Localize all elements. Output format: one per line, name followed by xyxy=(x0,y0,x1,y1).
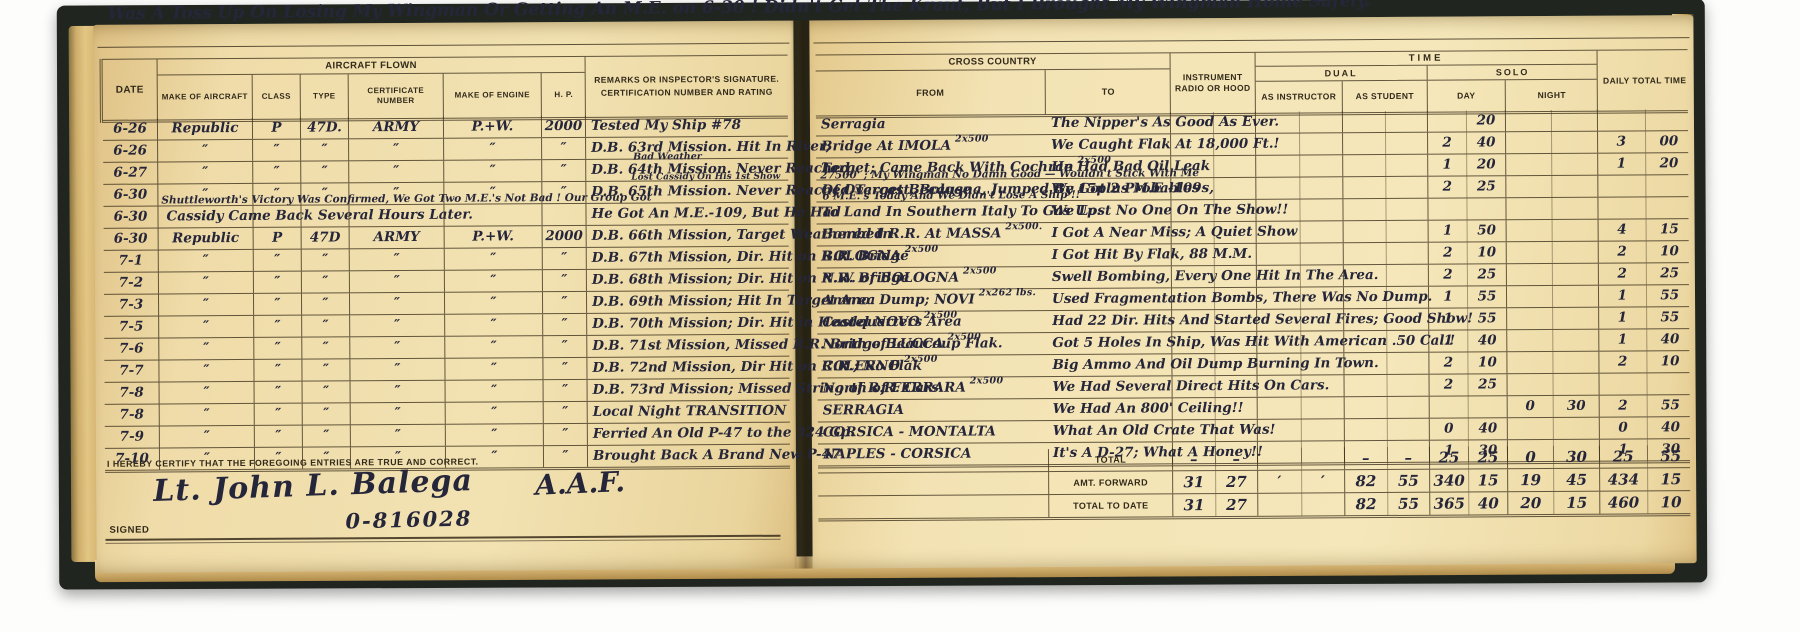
column-header-daily-total: DAILY TOTAL TIME xyxy=(1598,50,1692,111)
cell-instrument: 3127 xyxy=(1173,494,1258,517)
from-text: Serragia xyxy=(821,118,886,132)
from-text: North of FERRARA xyxy=(823,381,966,395)
cell-daily-total: 43415 xyxy=(1600,468,1694,491)
cell-certificate: ″ xyxy=(351,381,446,403)
cell-certificate: ″ xyxy=(350,293,445,315)
cell-as-student xyxy=(1344,221,1429,243)
cell-as-student: –– xyxy=(1345,447,1430,470)
cell-engine: ″ xyxy=(446,380,544,402)
cell-daily-total: 2555 xyxy=(1600,445,1694,468)
cell-type: ″ xyxy=(303,403,351,424)
cell-solo-day: 20 xyxy=(1428,110,1506,131)
cell-solo-night xyxy=(1507,352,1599,374)
column-header-make-of-engine: MAKE OF ENGINE xyxy=(444,73,542,118)
totals-label: AMT. FORWARD xyxy=(1048,471,1173,494)
cell-solo-day: 040 xyxy=(1430,418,1508,439)
remarks-header-line1: REMARKS OR INSPECTOR'S SIGNATURE. xyxy=(594,73,779,87)
cell-solo-day: 210 xyxy=(1429,242,1507,263)
cell-make: ″ xyxy=(159,294,254,316)
cell-as-student xyxy=(1343,111,1428,133)
column-header-certificate-number: CERTIFICATE NUMBER xyxy=(349,74,444,119)
cell-make: ″ xyxy=(159,338,254,360)
cell-date: 6-30 xyxy=(103,184,158,205)
cell-engine: ″ xyxy=(446,402,544,424)
cell-solo-night xyxy=(1506,110,1598,132)
cell-type: 47D xyxy=(302,227,350,248)
cell-from: Bridge At IMOLA2x500 xyxy=(816,135,1046,157)
column-header-as-instructor: AS INSTRUCTOR xyxy=(1256,81,1343,113)
cell-as-instructor xyxy=(1258,397,1345,419)
cell-date: 7-8 xyxy=(105,404,160,425)
totals-label: TOTAL TO DATE xyxy=(1048,494,1173,517)
cell-hp: ″ xyxy=(543,270,587,291)
note-text: We Lost No One On The Show!! xyxy=(1051,203,1288,218)
cell-make: ″ xyxy=(159,250,254,272)
cell-date: 7-6 xyxy=(104,338,159,359)
cell-hp: ″ xyxy=(543,292,587,313)
right-page: CROSS COUNTRY FROM TO INSTRUMENT RADIO O… xyxy=(809,15,1696,568)
cell-daily-total xyxy=(1598,109,1692,131)
cell-engine: P.+W. xyxy=(445,226,543,248)
cell-certificate: ARMY xyxy=(349,117,444,139)
bomb-load-superscript: 2x262 lbs. xyxy=(979,288,1036,298)
cell-engine: P.+W. xyxy=(444,116,542,138)
note-text: Used Fragmentation Bombs, There Was No D… xyxy=(1052,290,1432,306)
cell-to-note: We Had Several Direct Hits On Cars. xyxy=(1048,376,1173,398)
column-header-remarks: REMARKS OR INSPECTOR'S SIGNATURE. CERTIF… xyxy=(586,56,788,117)
column-header-make-of-aircraft: MAKE OF AIRCRAFT xyxy=(158,75,253,120)
cell-solo-day: 2525 xyxy=(1430,446,1508,468)
cell-make: ″ xyxy=(160,382,255,404)
from-text: CORSICA - MONTALTA xyxy=(823,425,996,440)
cell-certificate: ″ xyxy=(350,249,445,271)
cell-date: 7-7 xyxy=(104,360,159,381)
cell-solo-night xyxy=(1506,132,1598,154)
column-header-day: DAY xyxy=(1428,80,1506,111)
cell-daily-total: 210 xyxy=(1599,351,1693,373)
cell-class: ″ xyxy=(255,382,303,403)
note-text: What An Old Crate That Was! xyxy=(1053,423,1276,438)
right-table-rows: Serragia The Nipper's As Good As Ever. 2… xyxy=(816,109,1690,468)
note-text: We Had An 800' Ceiling!! xyxy=(1053,402,1244,417)
cell-daily-total: 46010 xyxy=(1600,491,1694,514)
cell-to-note: We Lost No One On The Show!! xyxy=(1046,200,1171,222)
cell-to-note: I Got A Near Miss; A Quiet Show xyxy=(1047,222,1172,244)
left-page-top-rule xyxy=(97,43,789,48)
cell-solo-night: 030 xyxy=(1508,446,1600,469)
cell-type: ″ xyxy=(302,337,350,358)
column-group-cross-country: CROSS COUNTRY FROM TO xyxy=(816,53,1171,115)
cell-type: ″ xyxy=(302,249,350,270)
cell-daily-total: 155 xyxy=(1599,307,1693,329)
cell-hp: ″ xyxy=(544,380,588,401)
cell-certificate: ″ xyxy=(350,359,445,381)
cell-to-note: Got 5 Holes In Ship, Was Hit With Americ… xyxy=(1047,332,1172,354)
column-header-night: NIGHT xyxy=(1506,80,1598,112)
cell-type: ″ xyxy=(301,161,349,182)
cell-daily-total xyxy=(1600,373,1694,395)
cell-engine: ″ xyxy=(445,336,543,358)
cell-hp: ″ xyxy=(542,160,586,181)
bomb-load-superscript: 2x500 xyxy=(904,354,938,364)
cell-as-student xyxy=(1343,177,1428,199)
cell-as-student xyxy=(1344,243,1429,265)
cell-to-note: Big Ammo And Oil Dump Burning In Town. xyxy=(1047,354,1172,376)
cell-hp: ″ xyxy=(543,358,587,379)
cell-as-student xyxy=(1343,155,1428,177)
cell-make: ″ xyxy=(159,360,254,382)
column-group-dual: DUAL xyxy=(1256,66,1428,81)
cell-solo-night xyxy=(1507,220,1599,242)
cell-solo-day: 36540 xyxy=(1430,492,1508,514)
cell-solo-night xyxy=(1507,264,1599,286)
from-text: North of LUCCA xyxy=(822,337,943,351)
cell-class: ″ xyxy=(254,250,302,271)
cell-hp: 2000 xyxy=(543,226,587,247)
cell-engine: ″ xyxy=(444,160,542,182)
cell-solo-day: 155 xyxy=(1429,286,1507,307)
cell-hp: ″ xyxy=(543,314,587,335)
cell-solo-day: 120 xyxy=(1428,154,1506,175)
interline-note-group-got: 6 M.E.'s Today And We Didn't Lose A Ship… xyxy=(822,189,1080,203)
cell-certificate: ″ xyxy=(349,139,444,161)
cell-make: ″ xyxy=(158,162,253,184)
cell-date: 7-3 xyxy=(104,294,159,315)
cell-daily-total: 040 xyxy=(1600,417,1694,439)
cell-solo-day: 210 xyxy=(1429,352,1507,373)
cell-daily-total: 415 xyxy=(1599,219,1693,241)
cell-hp: 2000 xyxy=(542,116,586,137)
cell-class: ″ xyxy=(254,338,302,359)
cell-type: ″ xyxy=(303,447,351,468)
cell-solo-day: 34015 xyxy=(1430,469,1508,491)
bomb-load-superscript: 2x500 xyxy=(970,376,1004,386)
cell-certificate xyxy=(349,205,444,227)
note-text: We Caught Flak At 18,000 Ft.! xyxy=(1051,137,1279,152)
cell-class xyxy=(253,206,301,227)
note-text: Had 22 Dir. Hits And Started Several Fir… xyxy=(1052,312,1473,328)
cell-make: ″ xyxy=(159,272,254,294)
note-text: Got 5 Holes In Ship, Was Hit With Americ… xyxy=(1052,334,1455,350)
right-page-top-rule xyxy=(813,37,1689,43)
cell-daily-total: 210 xyxy=(1599,241,1693,263)
column-header-to: TO xyxy=(1046,69,1171,114)
cell-engine: ″ xyxy=(445,314,543,336)
from-text: Castel NOVO xyxy=(822,316,920,330)
cell-make: ″ xyxy=(158,140,253,162)
cell-class: P xyxy=(254,228,302,249)
cell-as-student: 8255 xyxy=(1345,470,1430,493)
cell-class: ″ xyxy=(254,360,302,381)
left-table-rows: 6-26 Republic P 47D. ARMY P.+W. 2000 Tes… xyxy=(103,115,790,473)
cell-as-instructor xyxy=(1256,155,1343,177)
cell-type: ″ xyxy=(302,315,350,336)
totals-spacer xyxy=(818,472,1048,495)
logbook-scan: Was A Toss Up On Losing My Wingman Or Ge… xyxy=(0,0,1800,632)
cell-type: ″ xyxy=(302,293,350,314)
cell-instrument: 3127 xyxy=(1173,471,1258,494)
from-text: Bridge At IMOLA xyxy=(821,139,951,153)
note-text: We Had Several Direct Hits On Cars. xyxy=(1053,379,1330,394)
from-text: COLERNO xyxy=(822,360,900,374)
cell-daily-total xyxy=(1598,197,1692,219)
cell-class: P xyxy=(253,118,301,139)
column-header-instrument: INSTRUMENT RADIO OR HOOD xyxy=(1171,53,1256,114)
cell-type: ″ xyxy=(303,381,351,402)
bomb-load-superscript: 2x500 xyxy=(963,266,997,276)
signed-label: SIGNED xyxy=(109,525,149,536)
cell-as-instructor xyxy=(1256,177,1343,199)
signature-serial-number: 0-816028 xyxy=(345,507,472,531)
cell-as-student xyxy=(1345,375,1430,397)
cell-solo-day xyxy=(1430,396,1508,417)
from-text: NAPLES - CORSICA xyxy=(823,447,972,461)
cell-solo-night xyxy=(1506,198,1598,220)
cell-as-instructor xyxy=(1257,243,1344,265)
cell-as-student xyxy=(1343,199,1428,221)
cell-to-note: What An Old Crate That Was! xyxy=(1048,420,1173,442)
cell-certificate: ″ xyxy=(351,425,446,447)
cell-date: 6-27 xyxy=(103,162,158,183)
cell-remarks: Local Night TRANSITION xyxy=(588,401,790,423)
bomb-load-superscript: 2x500 xyxy=(947,332,981,342)
bomb-load-superscript: 2x500 xyxy=(905,244,939,254)
cell-date: 7-9 xyxy=(105,426,160,447)
cell-date: 6-30 xyxy=(103,206,158,227)
cell-daily-total: 140 xyxy=(1599,329,1693,351)
cell-date: 7-8 xyxy=(105,382,160,403)
cell-type: ″ xyxy=(302,271,350,292)
cell-hp: ″ xyxy=(543,248,587,269)
cell-solo-night xyxy=(1506,176,1598,198)
cell-make: Republic xyxy=(158,118,253,140)
cell-type: ″ xyxy=(302,359,350,380)
cell-solo-night: 1945 xyxy=(1508,469,1600,492)
cell-as-instructor xyxy=(1258,447,1345,470)
cell-from: Serragia xyxy=(816,113,1046,135)
cell-solo-night xyxy=(1508,418,1600,440)
cell-engine: ″ xyxy=(445,248,543,270)
superscript-bad-weather: Bad Weather xyxy=(633,151,702,162)
cell-certificate: ″ xyxy=(350,271,445,293)
cell-to-note: Swell Bombing, Every One Hit In The Area… xyxy=(1047,266,1172,288)
note-text: Swell Bombing, Every One Hit In The Area… xyxy=(1052,269,1379,284)
cell-to-note: We Caught Flak At 18,000 Ft.! xyxy=(1046,134,1171,156)
cell-to-note: Had 22 Dir. Hits And Started Several Fir… xyxy=(1047,310,1172,332)
from-text: BOLOGNA xyxy=(822,250,901,264)
cell-make: ″ xyxy=(160,404,255,426)
cell-from: To Land In Southern Italy To Gas Up. xyxy=(816,201,1046,223)
cell-as-student xyxy=(1345,397,1430,419)
cell-remarks: D.B. 63rd Mission. Hit In River; xyxy=(586,136,831,158)
note-text: Big Ammo And Oil Dump Burning In Town. xyxy=(1052,357,1378,372)
column-group-aircraft-flown: AIRCRAFT FLOWN MAKE OF AIRCRAFT CLASS TY… xyxy=(158,57,586,120)
cell-class: ″ xyxy=(255,448,303,469)
cell-class: ″ xyxy=(254,272,302,293)
cell-solo-night xyxy=(1507,286,1599,308)
right-table-header: CROSS COUNTRY FROM TO INSTRUMENT RADIO O… xyxy=(816,49,1688,118)
cell-certificate: ″ xyxy=(349,161,444,183)
cell-as-student xyxy=(1345,419,1430,441)
column-header-class: CLASS xyxy=(253,75,301,119)
note-text: I Got Hit By Flak, 88 M.M. xyxy=(1052,248,1252,263)
cell-solo-day: 140 xyxy=(1429,330,1507,351)
cell-solo-day: 225 xyxy=(1429,264,1507,285)
cell-solo-night xyxy=(1507,308,1599,330)
cell-class: ″ xyxy=(254,294,302,315)
cell-from: SERRAGIA xyxy=(818,399,1048,421)
cell-remarks: Ferried An Old P-47 to the 324 Gp. xyxy=(588,422,855,445)
cell-to-note: Used Fragmentation Bombs, There Was No D… xyxy=(1047,288,1172,310)
cell-daily-total: 255 xyxy=(1600,395,1694,417)
column-group-solo: SOLO xyxy=(1428,65,1598,80)
superscript-lost-cassidy: Lost Cassidy On His 1st Show xyxy=(631,172,780,183)
cell-make: ″ xyxy=(159,316,254,338)
cell-certificate: ARMY xyxy=(350,227,445,249)
cell-date: 7-1 xyxy=(104,250,159,271)
cell-date: 7-10 xyxy=(105,448,160,469)
cell-daily-total xyxy=(1598,175,1692,197)
cell-hp: ″ xyxy=(544,446,588,467)
cell-daily-total: 300 xyxy=(1598,131,1692,153)
cell-as-instructor: ′′ xyxy=(1258,470,1345,493)
note-text: The Nipper's As Good As Ever. xyxy=(1051,115,1279,130)
cell-class: ″ xyxy=(255,404,303,425)
from-text: Bombed R.R. At MASSA xyxy=(822,227,1002,242)
cell-solo-night xyxy=(1507,330,1599,352)
from-text: Ammo. Dump; NOVI xyxy=(822,293,975,307)
cell-certificate: ″ xyxy=(350,315,445,337)
cell-date: 6-26 xyxy=(103,140,158,161)
cell-class: ″ xyxy=(253,162,301,183)
cell-solo-night: 2015 xyxy=(1508,492,1600,515)
cell-engine: ″ xyxy=(446,424,544,446)
totals-row-total-to-date: TOTAL TO DATE 3127 8255 36540 2015 46010 xyxy=(818,491,1690,521)
cell-date: 7-2 xyxy=(104,272,159,293)
left-table: DATE AIRCRAFT FLOWN MAKE OF AIRCRAFT CLA… xyxy=(100,55,788,123)
column-header-from: FROM xyxy=(816,70,1046,115)
left-table-header: DATE AIRCRAFT FLOWN MAKE OF AIRCRAFT CLA… xyxy=(103,55,788,123)
cell-as-instructor xyxy=(1258,493,1345,516)
cell-hp: ″ xyxy=(543,336,587,357)
column-header-date: DATE xyxy=(103,60,158,120)
signature-service: A.A.F. xyxy=(535,468,626,500)
cell-hp: ″ xyxy=(544,402,588,423)
cell-engine: ″ xyxy=(445,292,543,314)
cell-to-note: I Got Hit By Flak, 88 M.M. xyxy=(1047,244,1172,266)
cell-date: 6-30 xyxy=(104,228,159,249)
cell-engine: ″ xyxy=(445,270,543,292)
logbook-spread: Was A Toss Up On Losing My Wingman Or Ge… xyxy=(93,15,1696,573)
cell-engine xyxy=(444,204,542,226)
cell-remarks: Tested My Ship #78 xyxy=(586,115,788,137)
cell-instrument: –– xyxy=(1173,448,1258,471)
remarks-header-line2: CERTIFICATION NUMBER AND RATING xyxy=(601,86,773,100)
from-text: SERRAGIA xyxy=(823,404,904,418)
cell-make: ″ xyxy=(160,448,255,470)
cell-solo-day: 225 xyxy=(1430,374,1508,395)
cell-date: 6-26 xyxy=(103,118,158,139)
cell-remarks: He Got An M.E.-109, But He Had xyxy=(586,202,841,225)
cell-solo-day xyxy=(1428,198,1506,219)
cell-solo-day: 150 xyxy=(1429,220,1507,241)
cell-class: ″ xyxy=(253,140,301,161)
totals-spacer xyxy=(818,495,1048,518)
cell-hp xyxy=(542,204,586,225)
cell-solo-day: 225 xyxy=(1428,176,1506,197)
cell-solo-day: 240 xyxy=(1428,132,1506,153)
cell-daily-total: 120 xyxy=(1598,153,1692,175)
cell-as-student xyxy=(1343,133,1428,155)
cell-remarks: Brought Back A Brand New P-47 xyxy=(588,444,841,467)
right-table: CROSS COUNTRY FROM TO INSTRUMENT RADIO O… xyxy=(816,49,1688,118)
from-text: N.W. of BOLOGNA xyxy=(822,271,959,285)
cell-as-student: 8255 xyxy=(1345,493,1430,516)
signature-name: Lt. John L. Balega xyxy=(153,466,474,507)
cell-solo-day: 155 xyxy=(1429,308,1507,329)
column-header-type: TYPE xyxy=(301,74,349,118)
cell-make: Cassidy Came Back Several Hours Later. xyxy=(158,206,253,228)
bomb-load-superscript: 2x500 xyxy=(955,134,989,144)
cell-engine: ″ xyxy=(445,358,543,380)
note-text: I Got A Near Miss; A Quiet Show xyxy=(1052,225,1298,240)
cell-type: ″ xyxy=(301,139,349,160)
cell-solo-night xyxy=(1508,374,1600,396)
cell-type: ″ xyxy=(303,425,351,446)
cell-daily-total: 225 xyxy=(1599,263,1693,285)
cell-hp: ″ xyxy=(544,424,588,445)
cell-daily-total: 155 xyxy=(1599,285,1693,307)
cell-engine: ″ xyxy=(444,138,542,160)
cell-make: Republic xyxy=(159,228,254,250)
cell-solo-night xyxy=(1507,242,1599,264)
cell-certificate: ″ xyxy=(350,337,445,359)
cell-solo-night xyxy=(1506,154,1598,176)
cell-make: ″ xyxy=(160,426,255,448)
cell-class: ″ xyxy=(255,426,303,447)
left-page: DATE AIRCRAFT FLOWN MAKE OF AIRCRAFT CLA… xyxy=(93,21,796,573)
bomb-load-superscript: 2x500 xyxy=(924,310,958,320)
cell-date: 7-5 xyxy=(104,316,159,337)
cell-to-note: The Nipper's As Good As Ever. xyxy=(1046,112,1171,134)
cell-hp: ″ xyxy=(542,138,586,159)
cell-to-note: We Had An 800' Ceiling!! xyxy=(1048,398,1173,420)
cell-type: 47D. xyxy=(301,117,349,138)
column-header-hp: H. P. xyxy=(542,73,586,117)
bomb-load-superscript: 2x500. xyxy=(1005,222,1042,232)
column-group-time: TIME DUAL SOLO AS INSTRUCTOR AS STUDENT … xyxy=(1256,51,1598,113)
cell-certificate: ″ xyxy=(351,403,446,425)
cell-type xyxy=(301,205,349,226)
cell-solo-night: 030 xyxy=(1508,396,1600,418)
column-header-as-student: AS STUDENT xyxy=(1343,81,1428,113)
interline-note-wingman: 27500' ; My Wingman No Damn Good — Would… xyxy=(820,167,1199,181)
cell-class: ″ xyxy=(254,316,302,337)
